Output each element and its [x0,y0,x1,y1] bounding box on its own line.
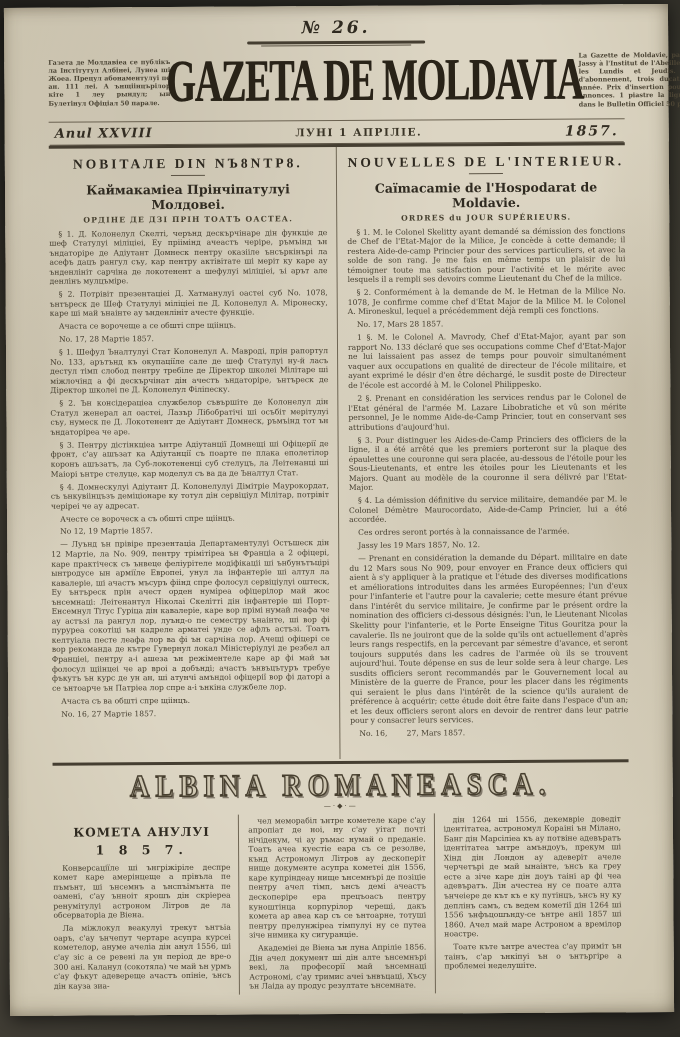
paragraph: Ачаста съ ва обшті спре щіінцъ. [52,695,330,706]
paragraph: чел меморабіл ънтре кометеле каре с'ау а… [248,815,426,940]
scanned-newspaper-page: { "page": { "issue_no": "№ 26.", "anul":… [0,0,680,1037]
comet-column-1: КОМЕТА АНУЛУІ 1 8 5 7. Конверсаціїле ші … [53,814,239,996]
paragraph: — Луънд ън прівіре презентаціа Департаме… [51,538,330,692]
page-content: № 26. Газета де Молдавіеа се публікъ ла … [4,4,674,996]
masthead-right-notice: La Gazette de Moldavie, paraît à Jassy à… [578,51,680,108]
paragraph: § 1. Шефул Ъналтулуі Стат Колонелул А. М… [50,346,328,395]
paragraph: No. 16, 27, Mars 1857. [350,728,628,739]
paragraph: § 3. Пентру дістінкціеа ънтре Адіутанції… [51,439,329,479]
paragraph: Jassy les 19 Mars 1857, No. 12. [349,539,627,550]
paragraph: дін 1264 ші 1556, декемвріе доведіт іден… [444,814,622,939]
column-french-orderline: ORDRES du JOUR SUPÉRIEURS. [347,212,625,223]
paragraph: § 1. M. le Colonel Skelitty ayant demand… [347,226,625,285]
header-rule [171,174,205,175]
paragraph: No. 17, Mars 28 1857. [348,319,626,330]
column-french-header: NOUVELLES DE L'INTERIEUR. [347,153,625,171]
paragraph: Ачесте се вороческ а съ обшті спре щіінц… [51,513,329,524]
albina-banner: ALBINA ROMANEASCA. [53,768,629,803]
interior-news-section: NOBITAЛE DIN NЪ8NTP8. Каймакаміеа Прінчі… [49,145,629,761]
comet-column-3-body: дін 1264 ші 1556, декемвріе доведіт іден… [444,814,622,971]
paragraph: 2 §. Prenant en considération les servic… [348,392,626,432]
comet-column-2: чел меморабіл ънтре кометеле каре с'ау а… [238,813,434,995]
paragraph: Академіеі де Віена ън луна Апріліе 1856.… [249,943,427,992]
paragraph: — Prenant en considération la demande du… [349,552,628,726]
paragraph: § 4. Домнескулуі Адіутант Д. Колонелулуі… [51,481,329,511]
paragraph: § 4. La démission définitive du service … [349,494,627,524]
comet-article-title: КОМЕТА АНУЛУІ [53,824,230,839]
comet-column-2-body: чел меморабіл ънтре кометеле каре с'ау а… [248,815,426,991]
column-romanian: NOBITAЛE DIN NЪ8NTP8. Каймакаміеа Прінчі… [49,147,340,761]
column-romanian-subhead: Каймакаміеа Прінчіпатулуі Молдовеі. [49,181,327,213]
paragraph: Ачаста се ворочеще а се обшті спре щіінц… [50,320,328,331]
paragraph: § 2. Ън консідераціеа службелор съвършіт… [50,397,328,437]
paragraph: No. 17, 28 Мартіе 1857. [50,333,328,344]
column-french-body: § 1. M. le Colonel Skelitty ayant demand… [347,226,628,739]
column-french: NOUVELLES DE L'INTERIEUR. Caïmacamie de … [336,145,629,759]
masthead: Газета де Молдавіеа се публікъ ла Інстіт… [48,51,624,111]
issue-year: 1857. [565,123,619,139]
paragraph: § 1. Д. Колонелул Скелті, черънд дескърч… [49,228,327,287]
column-french-subhead: Caïmacamie de l'Hospodarat de Moldavie. [347,179,625,211]
comet-article-year: 1 8 5 7. [53,841,230,857]
column-romanian-orderline: ОРДІНЕ ДЕ ДЗІ ПРІН ТОАТЪ ОАСТЕА. [49,214,327,225]
comet-column-3: дін 1264 ші 1556, декемвріе доведіт іден… [434,812,630,994]
paragraph: Ла міжлокул веакулуі трекут ънтъіа оаръ,… [54,923,232,991]
paragraph: Ces ordres seront portés à la connaissan… [349,526,627,537]
column-romanian-body: § 1. Д. Колонелул Скелті, черънд дескърч… [49,228,330,719]
newspaper-title: GAZETA DE MOLDAVIA [166,45,583,117]
paragraph: § 2. Conformément à la demande de M. le … [348,287,626,317]
masthead-title-wrap: GAZETA DE MOLDAVIA [170,58,579,103]
comet-article-section: КОМЕТА АНУЛУІ 1 8 5 7. Конверсаціїле ші … [53,812,630,996]
issue-date: ЛУНІ 1 АПРІЛІЕ. [295,126,422,139]
comet-column-1-body: Конверсаціїле ші ънгріжіріле деспре коме… [53,862,231,991]
volume-label: Anul XXVIII [55,126,153,142]
albina-title: ALBINA ROMANEASCA. [130,766,552,804]
paragraph: No. 16, 27 Мартіе 1857. [52,708,330,719]
paragraph: Конверсаціїле ші ънгріжіріле деспре коме… [53,862,231,920]
paragraph: § 3. Pour distinguer les Aides-de-Camp P… [349,434,627,493]
column-romanian-header: NOBITAЛE DIN NЪ8NTP8. [49,155,327,173]
paragraph: 1 §. M. le Colonel A. Mavrody, Chef d'Et… [348,332,626,391]
header-rule [469,173,503,174]
newspaper-sheet: № 26. Газета де Молдавіеа се публікъ ла … [4,4,674,1016]
masthead-left-notice: Газета де Молдавіеа се публікъ ла Інстіт… [48,58,170,107]
paragraph: No 12, 19 Мартіе 1857. [51,526,329,537]
issue-number: № 26. [48,16,624,40]
paragraph: Тоате къте ънтре ачестеа с'ау приміт ън … [444,941,621,971]
paragraph: § 2. Потрівіт презентаціеі Д. Хатманулуі… [50,288,328,318]
